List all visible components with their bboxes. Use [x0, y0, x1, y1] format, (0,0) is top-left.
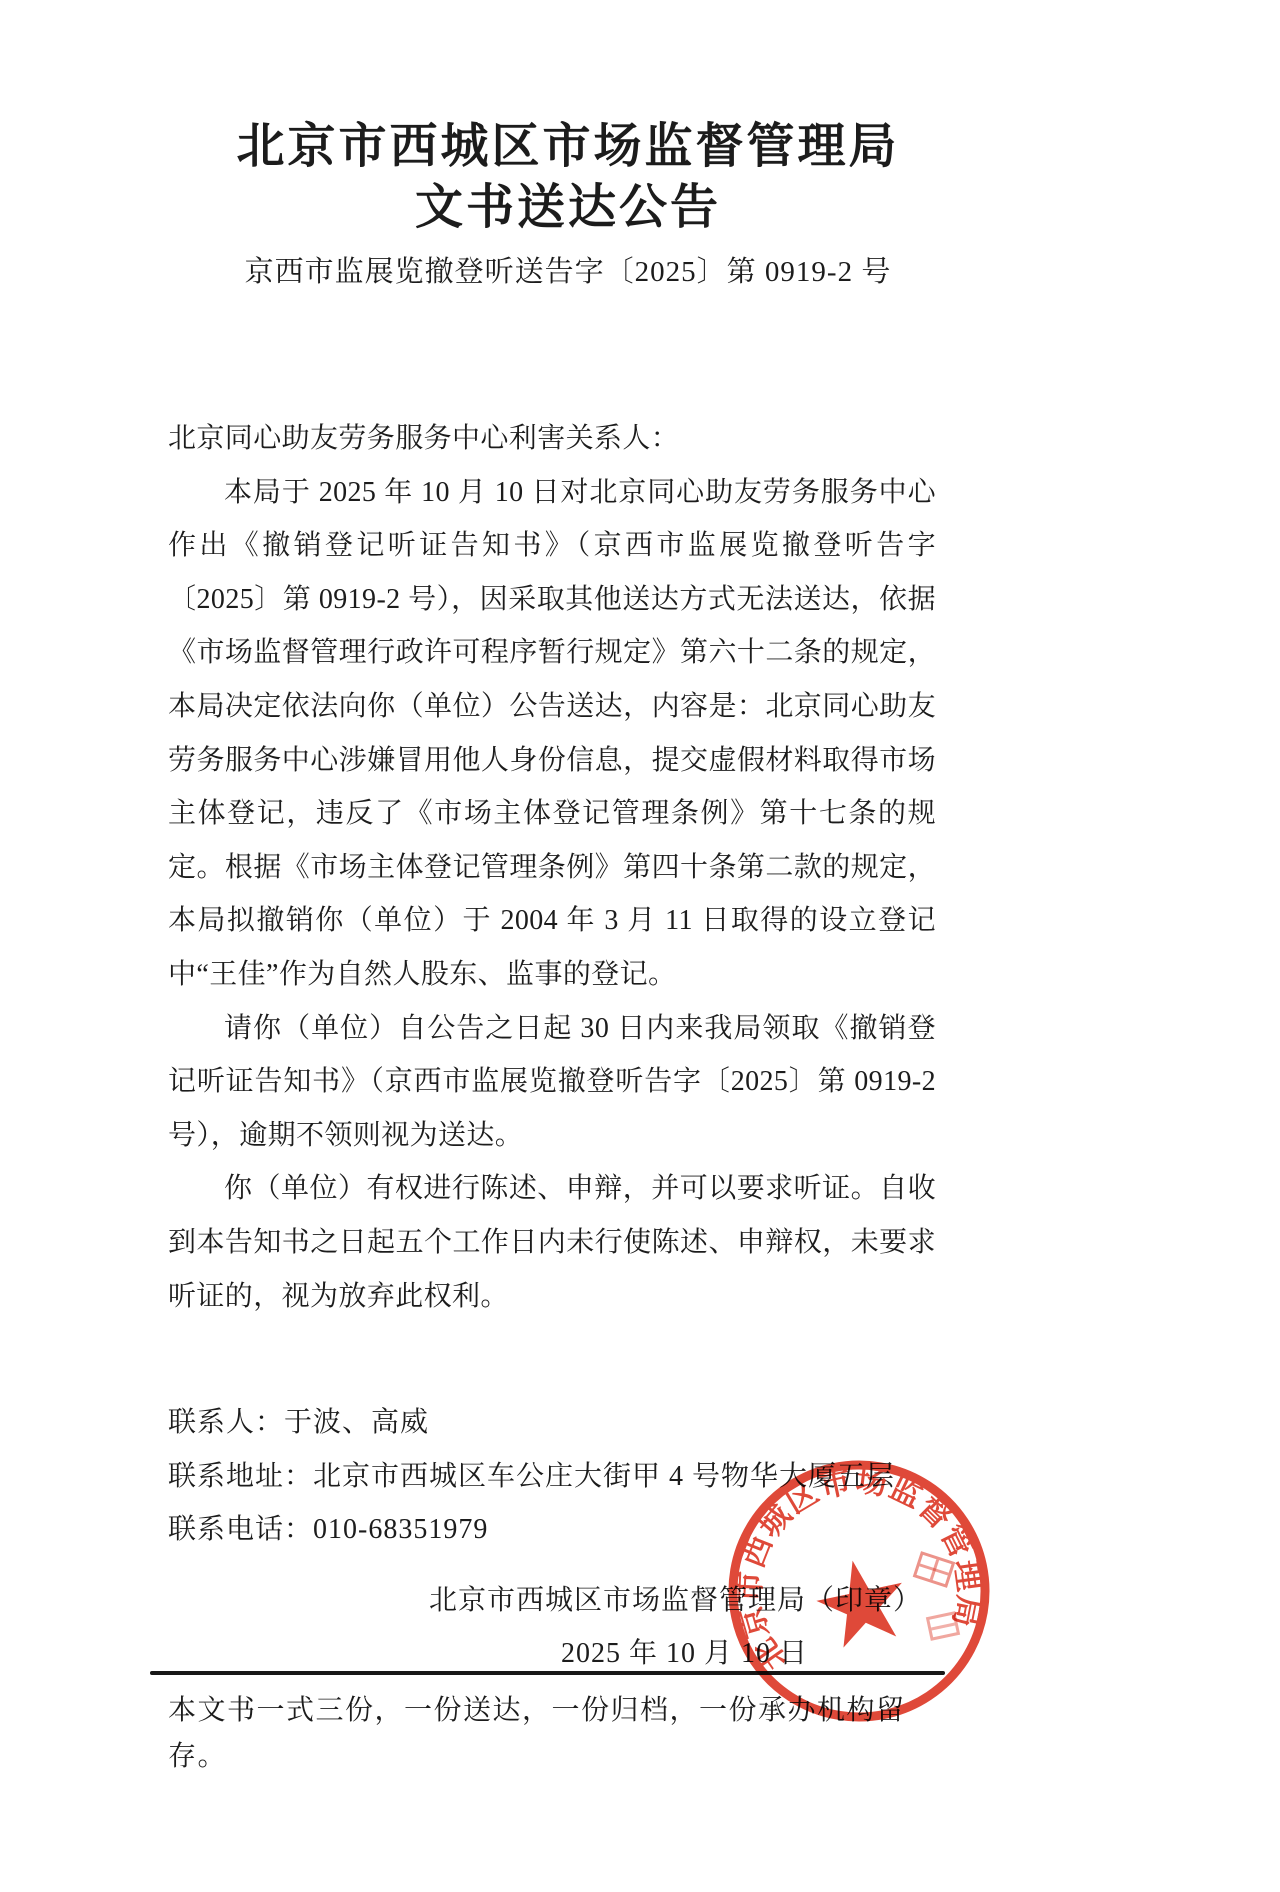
contact-person-line: 联系人：于波、高威 — [168, 1396, 936, 1450]
document-title-line2: 文书送达公告 — [168, 177, 968, 238]
document-body: 北京同心助友劳务服务中心利害关系人： 本局于 2025 年 10 月 10 日对… — [168, 412, 936, 1323]
body-paragraph-1: 本局于 2025 年 10 月 10 日对北京同心助友劳务服务中心作出《撤销登记… — [168, 466, 936, 1002]
document-header: 北京市西城区市场监督管理局 文书送达公告 京西市监展览撤登听送告字〔2025〕第… — [168, 116, 968, 290]
body-paragraph-2: 请你（单位）自公告之日起 30 日内来我局领取《撤销登记听证告知书》（京西市监展… — [168, 1002, 936, 1163]
footer-divider — [150, 1671, 945, 1675]
contact-block: 联系人：于波、高威 联系地址：北京市西城区车公庄大街甲 4 号物华大厦五层 联系… — [168, 1396, 936, 1557]
document-number: 京西市监展览撤登听送告字〔2025〕第 0919-2 号 — [168, 249, 968, 290]
footer-note: 本文书一式三份，一份送达，一份归档，一份承办机构留存。 — [168, 1688, 958, 1780]
issue-date: 2025 年 10 月 10 日 — [168, 1631, 936, 1671]
issuer-signature: 北京市西城区市场监督管理局（印章） — [168, 1578, 936, 1618]
body-paragraph-3: 你（单位）有权进行陈述、申辩，并可以要求听证。自收到本告知书之日起五个工作日内未… — [168, 1162, 936, 1323]
salutation-line: 北京同心助友劳务服务中心利害关系人： — [168, 412, 936, 466]
contact-address-line: 联系地址：北京市西城区车公庄大街甲 4 号物华大厦五层 — [168, 1450, 936, 1504]
contact-phone-line: 联系电话：010-68351979 — [168, 1503, 936, 1557]
document-title-line1: 北京市西城区市场监督管理局 — [168, 116, 968, 177]
document-page: 北京市西城区市场监督管理局 文书送达公告 京西市监展览撤登听送告字〔2025〕第… — [0, 0, 1280, 1892]
